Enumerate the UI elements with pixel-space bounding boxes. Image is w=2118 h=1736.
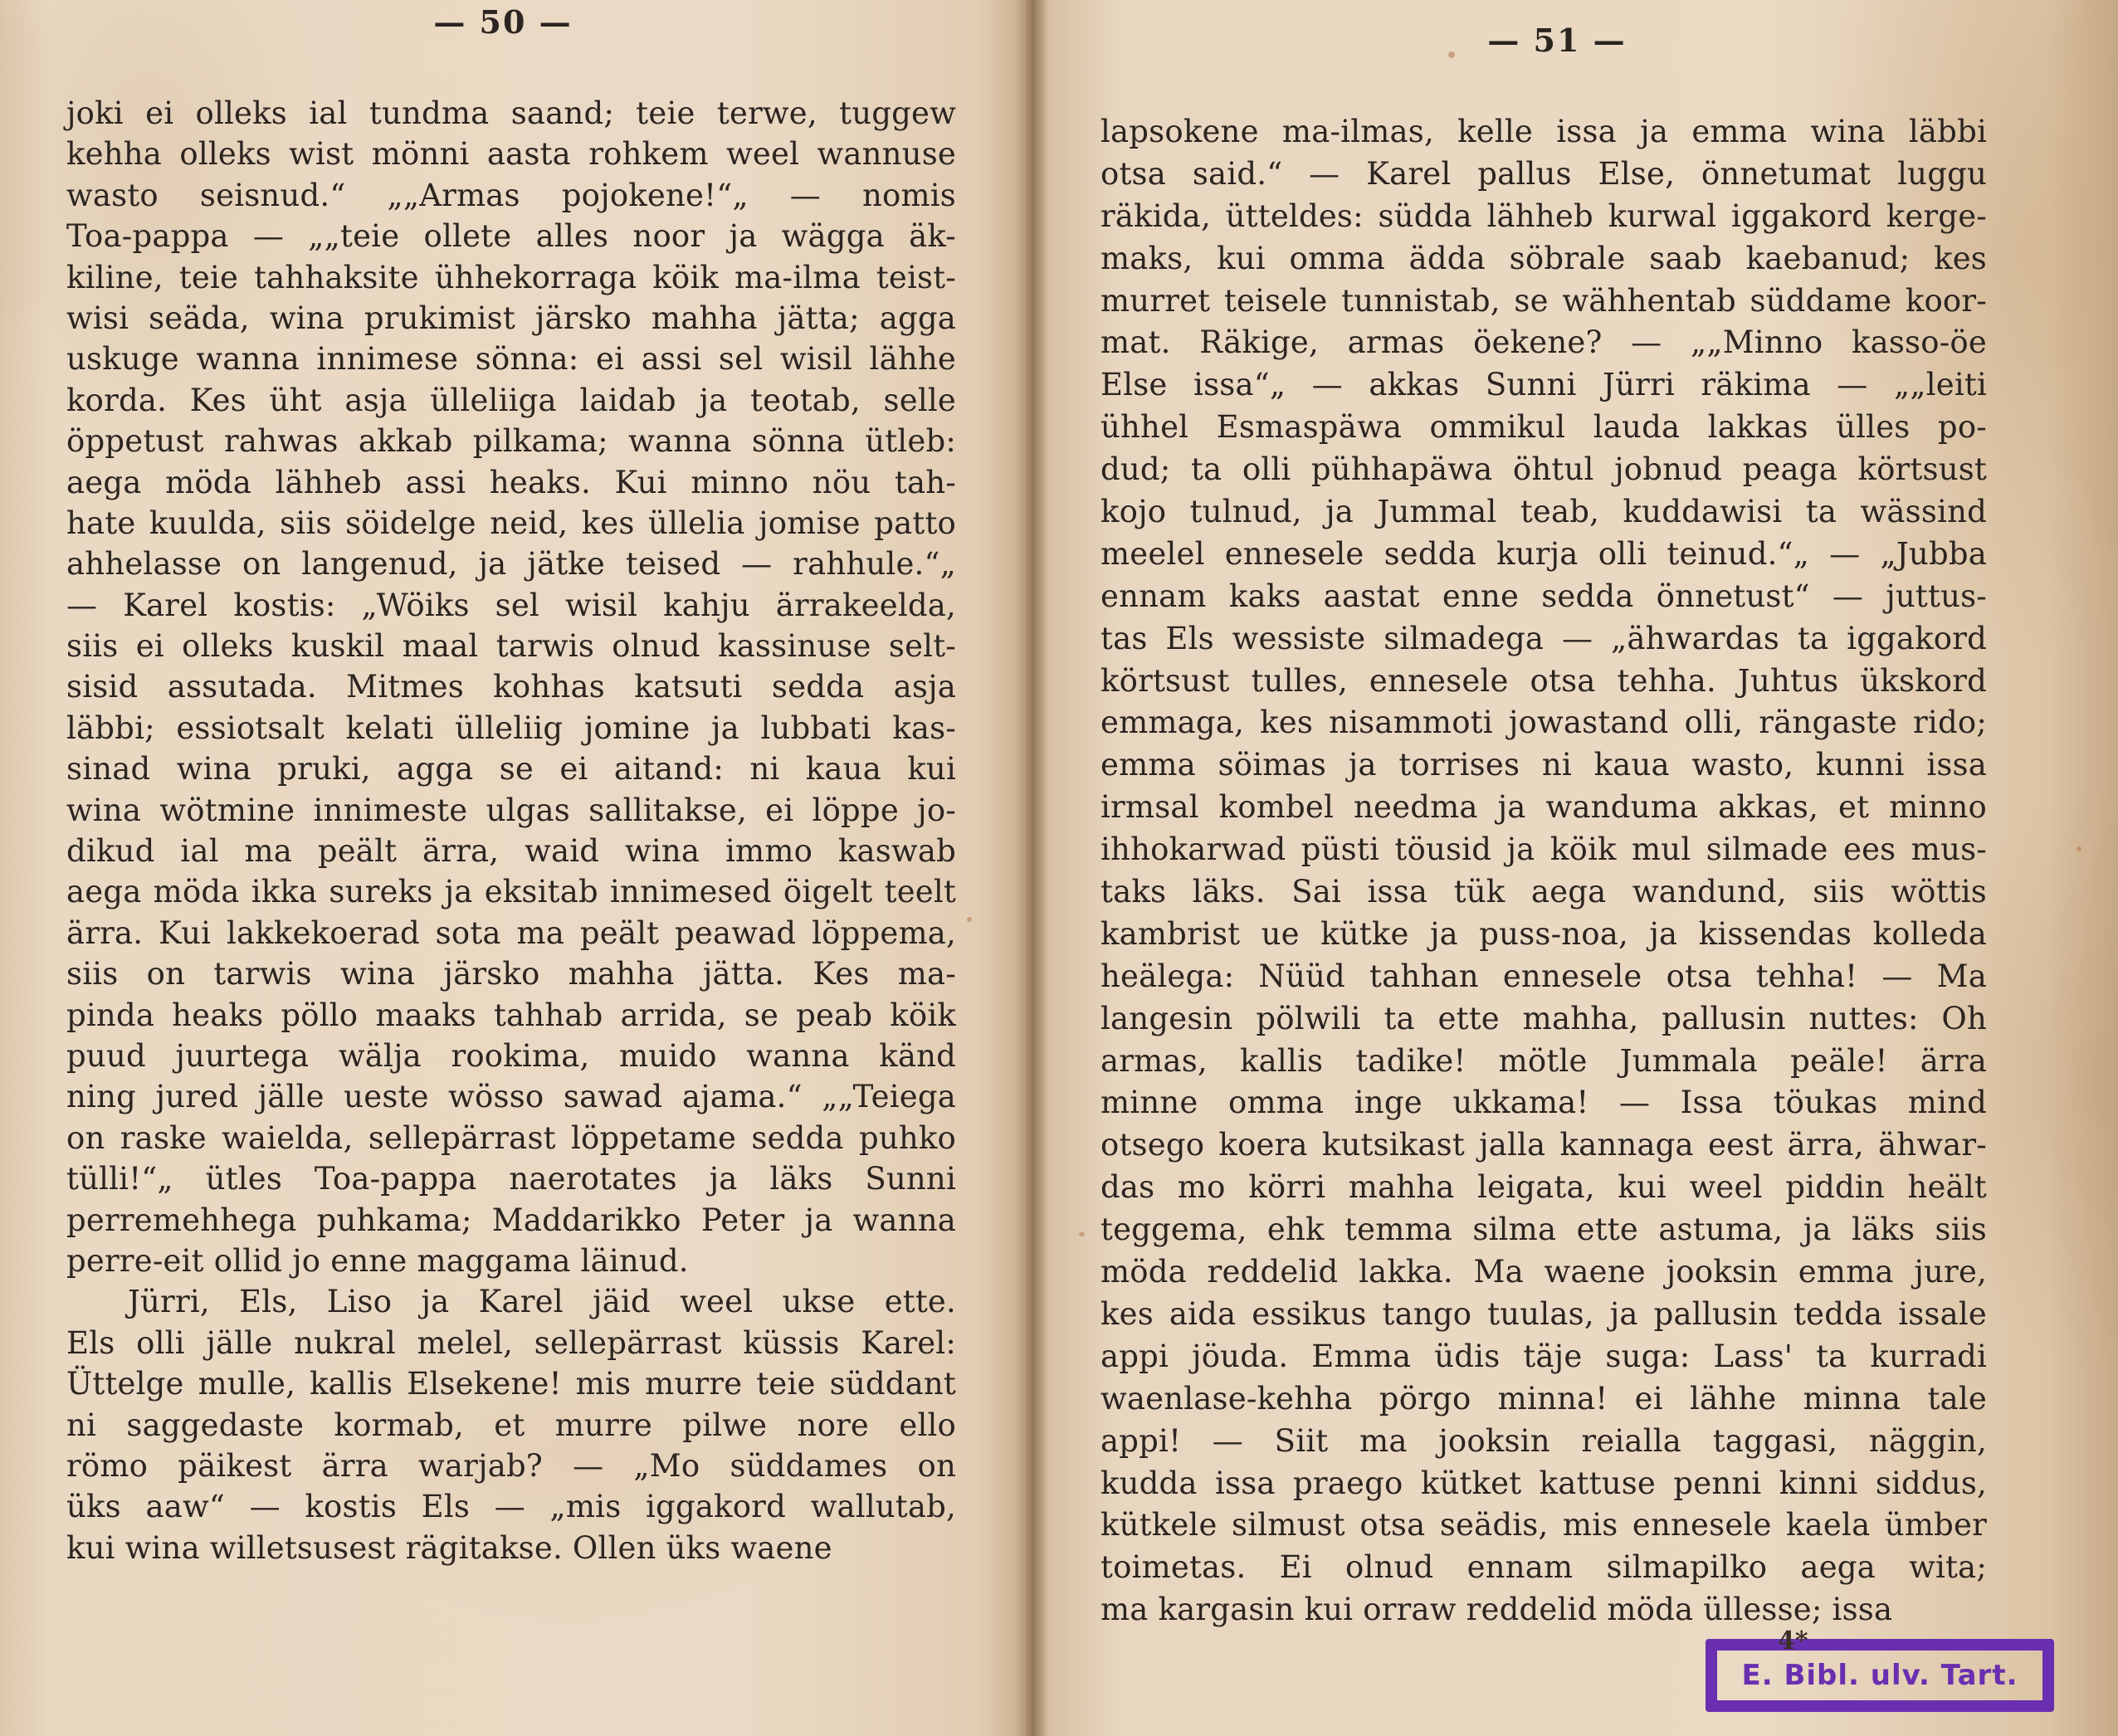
text-line: toimetas. Ei olnud ennam silmapilko aega… <box>1100 1547 1987 1589</box>
text-line: ning jured jälle ueste wösso sawad ajama… <box>66 1076 956 1117</box>
text-line: mat. Räkige, armas öekene? — „„Minno kas… <box>1100 322 1987 364</box>
text-line: tülli!“„ ütles Toa-pappa naerotates ja l… <box>66 1158 956 1199</box>
text-line: teggema, ehk temma silma ette astuma, ja… <box>1100 1209 1987 1251</box>
text-line: kiline, teie tahhaksite ühhekorraga köik… <box>66 257 956 298</box>
text-line: taks läks. Sai issa tük aega wandund, si… <box>1100 871 1987 914</box>
text-line: tas Els wessiste silmadega — „ähwardas t… <box>1100 618 1987 661</box>
text-line: langesin pölwili ta ette mahha, pallusin… <box>1100 998 1987 1041</box>
right-page-text: lapsokene ma-ilmas, kelle issa ja emma w… <box>1100 111 1987 1631</box>
text-line: korda. Kes üht asja ülleliiga laidab ja … <box>66 380 956 421</box>
text-line: siis ei olleks kuskil maal tarwis olnud … <box>66 626 956 666</box>
text-line: emma söimas ja torrises ni kaua wasto, k… <box>1100 744 1987 787</box>
signature-mark: 4* <box>1778 1626 1808 1656</box>
text-line: murret teisele tunnistab, se wähhentab s… <box>1100 280 1987 323</box>
text-line: kui wina willetsusest rägitakse. Ollen ü… <box>66 1528 956 1568</box>
paper-speck <box>967 917 972 922</box>
text-line: perre-eit ollid jo enne maggama läinud. <box>66 1241 956 1281</box>
text-line: öppetust rahwas akkab pilkama; wanna sön… <box>66 421 956 461</box>
text-line: aega möda ikka sureks ja eksitab innimes… <box>66 871 956 912</box>
text-line: siis on tarwis wina järsko mahha jätta. … <box>66 953 956 994</box>
text-line: körtsust tulles, ennesele otsa tehha. Ju… <box>1100 661 1987 703</box>
library-stamp: E. Bibl. ulv. Tart. <box>1706 1639 2054 1712</box>
text-line: otsego koera kutsikast jalla kannaga ees… <box>1100 1124 1987 1167</box>
text-line: Üttelge mulle, kallis Elsekene! mis murr… <box>66 1363 956 1404</box>
text-line: minne omma inge ukkama! — Issa töukas mi… <box>1100 1082 1987 1124</box>
text-line: läbbi; essiotsalt kelati ülleliig jomine… <box>66 708 956 749</box>
text-line: lapsokene ma-ilmas, kelle issa ja emma w… <box>1100 111 1987 154</box>
text-line: Else issa“„ — akkas Sunni Jürri räkima —… <box>1100 364 1987 407</box>
text-line: puud juurtega wälja rookima, muido wanna… <box>66 1036 956 1076</box>
page-number-left: — 50 — <box>433 3 572 41</box>
paper-speck <box>1448 51 1455 58</box>
paper-speck <box>2077 846 2081 851</box>
text-line: das mo körri mahha leigata, kui weel pid… <box>1100 1167 1987 1209</box>
text-line: wina wötmine innimeste ulgas sallitakse,… <box>66 790 956 831</box>
text-line: waenlase-kehha pörgo minna! ei lähhe min… <box>1100 1378 1987 1421</box>
text-line: räkida, ütteldes: südda lähheb kurwal ig… <box>1100 196 1987 238</box>
text-line: — Karel kostis: „Wöiks sel wisil kahju ä… <box>66 585 956 626</box>
text-line: Els olli jälle nukral melel, sellepärras… <box>66 1323 956 1363</box>
text-line: armas, kallis tadike! mötle Jummala peäl… <box>1100 1041 1987 1083</box>
text-line: wisi seäda, wina prukimist järsko mahha … <box>66 298 956 339</box>
text-line: üks aaw“ — kostis Els — „mis iggakord wa… <box>66 1486 956 1527</box>
text-line: ma kargasin kui orraw reddelid möda ülle… <box>1100 1589 1987 1631</box>
text-line: perremehhega puhkama; Maddarikko Peter j… <box>66 1200 956 1241</box>
text-line: appi! — Siit ma jooksin reialla taggasi,… <box>1100 1421 1987 1463</box>
text-line: wasto seisnud.“ „„Armas pojokene!“„ — no… <box>66 175 956 216</box>
right-page: — 51 — lapsokene ma-ilmas, kelle issa ja… <box>1027 0 2118 1736</box>
text-line: kehha olleks wist mönni aasta rohkem wee… <box>66 134 956 174</box>
open-book-spread: — 50 — joki ei olleks ial tundma saand; … <box>0 0 2118 1736</box>
left-page-text: joki ei olleks ial tundma saand; teie te… <box>66 93 956 1568</box>
text-line: sinad wina pruki, agga se ei aitand: ni … <box>66 749 956 789</box>
text-line: pinda heaks pöllo maaks tahhab arrida, s… <box>66 995 956 1036</box>
text-line: Toa-pappa — „„teie ollete alles noor ja … <box>66 216 956 256</box>
text-line: ühhel Esmaspäwa ommikul lauda lakkas üll… <box>1100 407 1987 449</box>
text-line: kambrist ue kütke ja puss-noa, ja kissen… <box>1100 914 1987 956</box>
text-line: irmsal kombel needma ja wanduma akkas, e… <box>1100 787 1987 829</box>
text-line: hate kuulda, siis söidelge neid, kes üll… <box>66 503 956 544</box>
text-line: meelel ennesele sedda kurja olli teinud.… <box>1100 534 1987 576</box>
page-number-right: — 51 — <box>1487 22 1626 59</box>
text-line: uskuge wanna innimese sönna: ei assi sel… <box>66 339 956 379</box>
text-line: dikud ial ma peält ärra, waid wina immo … <box>66 831 956 871</box>
text-line: otsa said.“ — Karel pallus Else, önnetum… <box>1100 154 1987 196</box>
text-line: ihhokarwad püsti töusid ja köik mul silm… <box>1100 829 1987 871</box>
text-line: römo päikest ärra warjab? — „Mo süddames… <box>66 1446 956 1486</box>
text-line: ahhelasse on langenud, ja jätke teised —… <box>66 544 956 584</box>
text-line: kudda issa praego kütket kattuse penni k… <box>1100 1463 1987 1505</box>
text-line: joki ei olleks ial tundma saand; teie te… <box>66 93 956 134</box>
book-gutter <box>1014 0 1047 1736</box>
text-line: ennam kaks aastat enne sedda önnetust“ —… <box>1100 576 1987 618</box>
text-line: sisid assutada. Mitmes kohhas katsuti se… <box>66 666 956 707</box>
text-line: appi jöuda. Emma üdis täje suga: Lass' t… <box>1100 1336 1987 1378</box>
text-line: Jürri, Els, Liso ja Karel jäid weel ukse… <box>66 1281 956 1322</box>
text-line: on raske waielda, sellepärrast löppetame… <box>66 1118 956 1158</box>
text-line: kes aida essikus tango tuulas, ja pallus… <box>1100 1294 1987 1336</box>
text-line: aega möda lähheb assi heaks. Kui minno n… <box>66 462 956 503</box>
paper-speck <box>1079 1232 1085 1236</box>
left-page: — 50 — joki ei olleks ial tundma saand; … <box>0 0 1027 1736</box>
library-stamp-text: E. Bibl. ulv. Tart. <box>1742 1659 2018 1692</box>
text-line: heälega: Nüüd tahhan ennesele otsa tehha… <box>1100 956 1987 998</box>
text-line: kütkele silmust otsa seädis, mis ennesel… <box>1100 1504 1987 1547</box>
text-line: maks, kui omma ädda söbrale saab kaebanu… <box>1100 238 1987 280</box>
text-line: emmaga, kes nisammoti jowastand olli, rä… <box>1100 702 1987 744</box>
text-line: möda reddelid lakka. Ma waene jooksin em… <box>1100 1251 1987 1294</box>
text-line: kojo tulnud, ja Jummal teab, kuddawisi t… <box>1100 491 1987 534</box>
text-line: ärra. Kui lakkekoerad sota ma peält peaw… <box>66 913 956 953</box>
text-line: dud; ta olli pühhapäwa öhtul jobnud peag… <box>1100 449 1987 491</box>
text-line: ni saggedaste kormab, et murre pilwe nor… <box>66 1405 956 1446</box>
